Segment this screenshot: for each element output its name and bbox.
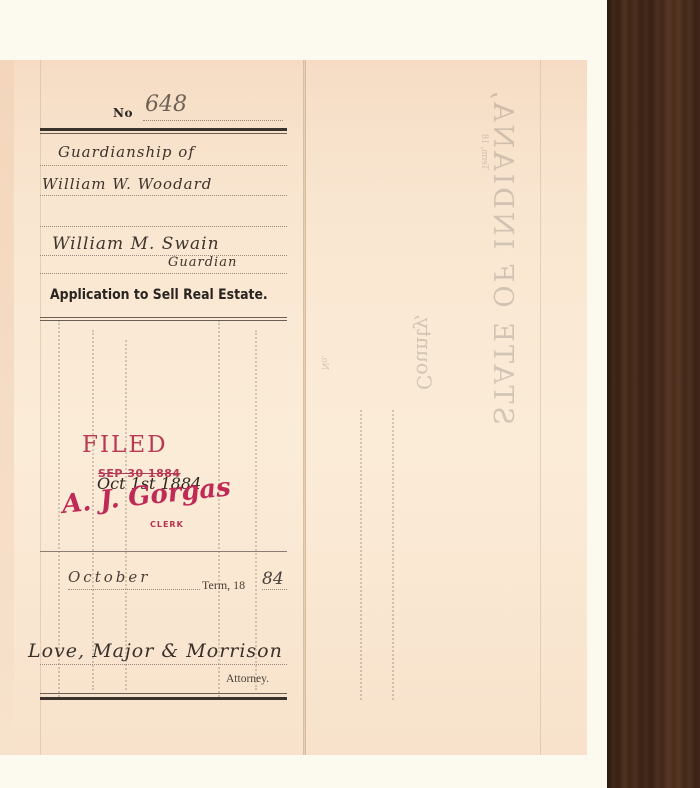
fold-line: [540, 60, 541, 755]
fill-line: [40, 195, 287, 196]
filed-stamp: FILED: [82, 432, 168, 458]
fill-line: [40, 165, 287, 166]
double-rule: [40, 128, 287, 131]
reverse-county-label: County,: [412, 314, 436, 390]
fill-line: [262, 589, 287, 590]
fold-line: [303, 60, 304, 755]
document-title: Application to Sell Real Estate.: [50, 287, 268, 303]
folded-paper-edge: [0, 60, 15, 755]
reverse-no-label: No.: [319, 355, 330, 370]
docket-number-value: 648: [145, 92, 187, 117]
rule: [40, 317, 287, 318]
term-year: 84: [262, 569, 284, 589]
reverse-term-label: Term, 18: [479, 134, 490, 170]
party-role: Guardian: [168, 255, 237, 270]
fill-line: [143, 120, 283, 121]
fill-line: [40, 255, 287, 256]
term-label: Term, 18: [202, 578, 245, 593]
attorney-name: Love, Major & Morrison: [28, 640, 283, 662]
reverse-state-heading: STATE OF INDIANA,: [487, 87, 518, 425]
fill-line: [68, 589, 200, 590]
fill-line: [40, 226, 287, 227]
docket-number: No 648: [113, 98, 293, 128]
caption-line-1: Guardianship of: [58, 143, 195, 161]
term-month: October: [68, 568, 150, 586]
bleed-through-ink: [360, 410, 364, 700]
clerk-label: CLERK: [150, 520, 184, 529]
double-rule: [40, 133, 287, 134]
caption-line-2: William W. Woodard: [42, 175, 212, 193]
wooden-surface: [607, 0, 700, 788]
rule: [40, 551, 287, 552]
fill-line: [40, 273, 287, 274]
bleed-through-ink: [392, 410, 396, 700]
party-name: William M. Swain: [52, 234, 220, 254]
bleed-through-ink: [125, 340, 129, 690]
double-rule: [40, 693, 287, 694]
rule: [40, 320, 287, 321]
double-rule: [40, 697, 287, 700]
attorney-label: Attorney.: [226, 673, 269, 685]
fill-line: [40, 664, 287, 665]
docket-reverse-panel: [305, 60, 587, 755]
docket-number-label: No: [113, 106, 133, 120]
bleed-through-ink: [255, 330, 259, 690]
